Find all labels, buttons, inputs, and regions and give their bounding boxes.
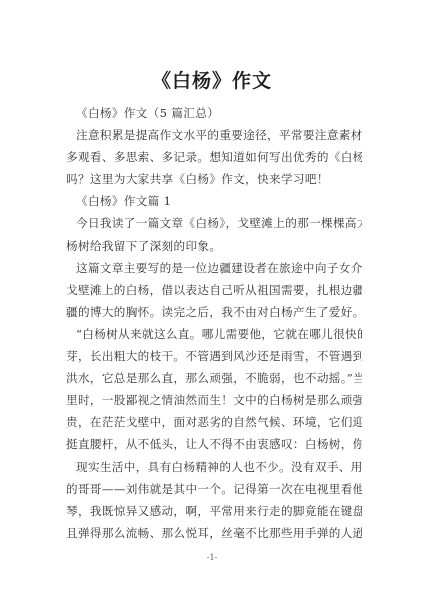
text-line: 现实生活中，具有白杨精神的人也不少。没有双手、用脚来弹琴 (66, 456, 362, 478)
text-line: 琴，我既惊异又感动，啊，平常用来行走的脚竟能在键盘上弹琴!而 (66, 500, 362, 522)
text-line: 芽，长出粗大的枝干。不管遇到风沙还是雨雪，不管遇到干旱还是 (66, 345, 362, 367)
text-line: 杨树给我留下了深刻的印象。 (66, 235, 362, 257)
text-line: 戈壁滩上的白杨，借以表达自己听从祖国需要，扎根边疆，建设边 (66, 279, 362, 301)
document-page: 《白杨》作文 《白杨》作文（5 篇汇总）注意积累是提高作文水平的重要途径，平常要… (0, 0, 424, 600)
text-line: 这篇文章主要写的是一位边疆建设者在旅途中向子女介绍生长在 (66, 257, 362, 279)
document-title: 《白杨》作文 (0, 66, 424, 93)
text-line: 今日我读了一篇文章《白杨》，戈壁滩上的那一棵棵高大挺立的白 (66, 212, 362, 234)
text-line: 多观看、多思索、多记录。想知道如何写出优秀的《白杨》作文 (66, 146, 362, 168)
page-number: -1- (0, 553, 424, 562)
text-line: 注意积累是提高作文水平的重要途径，平常要注意素材的积累， (66, 124, 362, 146)
text-line: 里时，一股鄙视之情油然而生！文中的白杨树是那么顽强，那么珍 (66, 389, 362, 411)
text-line: 贵，在茫茫戈壁中，面对恶劣的自然气候、环境，它们迎着风沙， (66, 411, 362, 433)
text-line: 《白杨》作文（5 篇汇总） (66, 102, 362, 124)
text-line: 洪水，它总是那么直，那么顽强，不脆弱，也不动摇。”当我读到这 (66, 367, 362, 389)
document-body: 《白杨》作文（5 篇汇总）注意积累是提高作文水平的重要途径，平常要注意素材的积累… (66, 102, 362, 544)
text-line: 《白杨》作文篇 1 (66, 190, 362, 212)
text-line: 挺直腰杆，从不低头，让人不得不由衷感叹：白杨树，你真了不起！ (66, 433, 362, 455)
text-line: 吗？这里为大家共享《白杨》作文，快来学习吧！ (66, 168, 362, 190)
text-line: 疆的博大的胸怀。读完之后，我不由对白杨产生了爱好。 (66, 301, 362, 323)
text-line: “白杨树从来就这么直。哪儿需要他，它就在哪儿很快的生根发 (66, 323, 362, 345)
text-line: 且弹得那么流畅、那么悦耳，丝毫不比那些用手弹的人逊色!尤其是 (66, 522, 362, 544)
text-line: 的哥哥——刘伟就是其中一个。记得第一次在电视里看他弹奏钢 (66, 478, 362, 500)
